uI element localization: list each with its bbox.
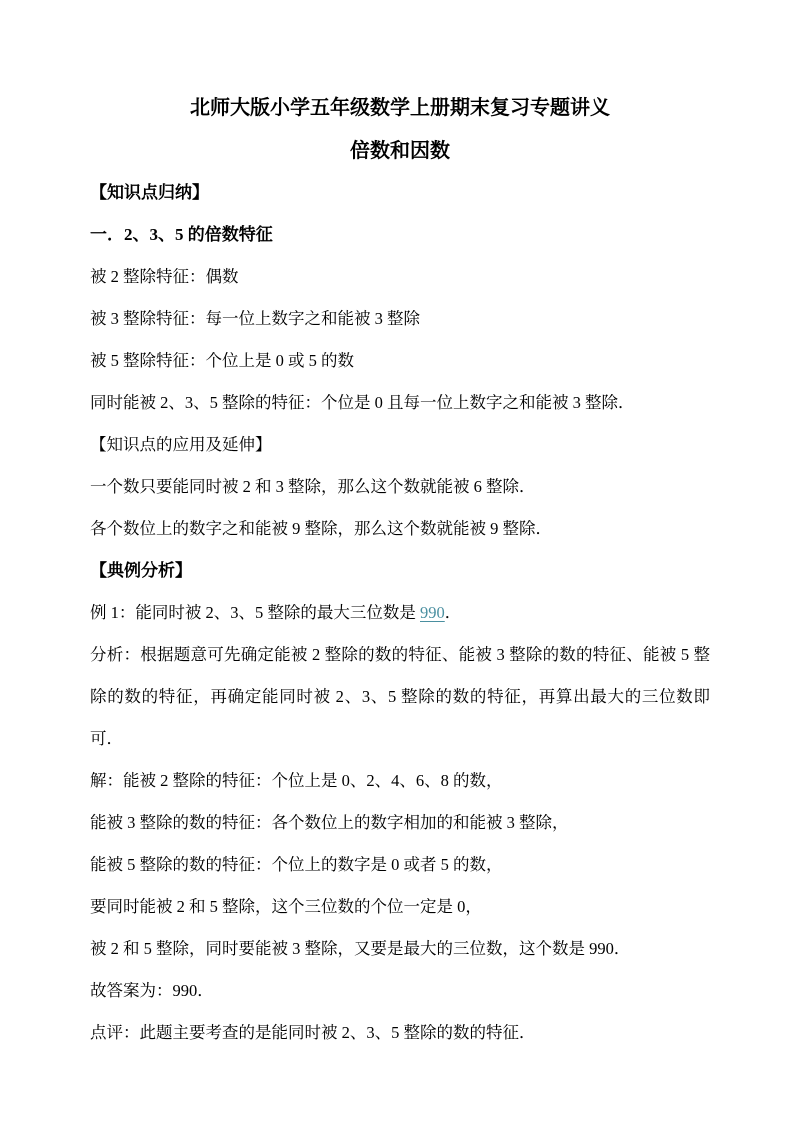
paragraph-divisible-by-3: 被 3 整除特征：每一位上数字之和能被 3 整除 [90,298,710,340]
section-heading-knowledge-summary: 【知识点归纳】 [90,172,710,214]
paragraph-divisible-by-5: 被 5 整除特征：个位上是 0 或 5 的数 [90,340,710,382]
section-heading-application-extension: 【知识点的应用及延伸】 [90,424,710,466]
paragraph-divisible-by-2-3-5: 同时能被 2、3、5 整除的特征：个位是 0 且每一位上数字之和能被 3 整除． [90,382,710,424]
paragraph-divisible-by-6: 一个数只要能同时被 2 和 3 整除，那么这个数就能被 6 整除． [90,466,710,508]
paragraph-solution-step-3: 能被 5 整除的数的特征：个位上的数字是 0 或者 5 的数， [90,844,710,886]
paragraph-solution-step-5: 被 2 和 5 整除，同时要能被 3 整除，又要是最大的三位数，这个数是 990… [90,928,710,970]
paragraph-solution-step-1: 解：能被 2 整除的特征：个位上是 0、2、4、6、8 的数， [90,760,710,802]
section-heading-example-analysis: 【典例分析】 [90,550,710,592]
document-title: 北师大版小学五年级数学上册期末复习专题讲义 [90,86,710,130]
paragraph-divisible-by-9: 各个数位上的数字之和能被 9 整除，那么这个数就能被 9 整除． [90,508,710,550]
paragraph-review-comment: 点评：此题主要考查的是能同时被 2、3、5 整除的数的特征． [90,1012,710,1054]
answer-link[interactable]: 990 [420,603,445,622]
document-page: 北师大版小学五年级数学上册期末复习专题讲义 倍数和因数 【知识点归纳】 一．2、… [0,0,793,1122]
paragraph-solution-step-4: 要同时能被 2 和 5 整除，这个三位数的个位一定是 0， [90,886,710,928]
paragraph-solution-step-2: 能被 3 整除的数的特征：各个数位上的数字相加的和能被 3 整除， [90,802,710,844]
paragraph-example-1: 例 1：能同时被 2、3、5 整除的最大三位数是 990． [90,592,710,634]
paragraph-divisible-by-2: 被 2 整除特征：偶数 [90,256,710,298]
section-heading-multiples-of-2-3-5: 一．2、3、5 的倍数特征 [90,214,710,256]
example-question-period: ． [445,603,462,622]
example-question-text: 例 1：能同时被 2、3、5 整除的最大三位数是 [90,603,420,622]
paragraph-final-answer: 故答案为：990． [90,970,710,1012]
paragraph-analysis: 分析：根据题意可先确定能被 2 整除的数的特征、能被 3 整除的数的特征、能被 … [90,634,710,760]
document-subtitle: 倍数和因数 [90,130,710,172]
